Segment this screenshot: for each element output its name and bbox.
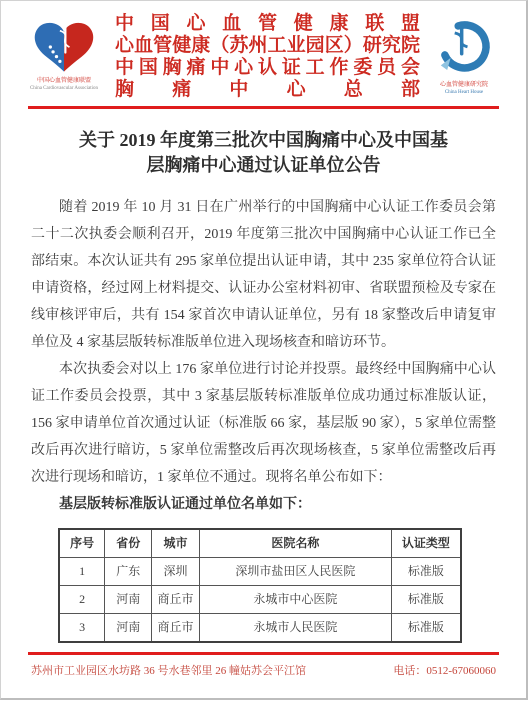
heart-house-caption-cn: 心血管健康研究院	[428, 82, 500, 89]
cell-city: 商丘市	[152, 614, 200, 643]
col-header-cert-type: 认证类型	[391, 529, 461, 558]
letterhead-titles: 中国心血管健康联盟 心血管健康（苏州工业园区）研究院 中国胸痛中心认证工作委员会…	[105, 13, 428, 101]
section-heading: 基层版转标准版认证通过单位名单如下：	[31, 491, 496, 518]
cell-index: 1	[59, 558, 105, 586]
table-header-row: 序号 省份 城市 医院名称 认证类型	[59, 529, 461, 558]
cell-cert-type: 标准版	[391, 558, 461, 586]
table-row: 2 河南 商丘市 永城市中心医院 标准版	[59, 586, 461, 614]
heart-house-caption-en: China Heart House	[428, 89, 500, 96]
col-header-city: 城市	[152, 529, 200, 558]
document-title-line-2: 层胸痛中心通过认证单位公告	[29, 153, 498, 178]
cell-city: 深圳	[152, 558, 200, 586]
table-row: 1 广东 深圳 深圳市盐田区人民医院 标准版	[59, 558, 461, 586]
paragraph-1: 随着 2019 年 10 月 31 日在广州举行的中国胸痛中心认证工作委员会第二…	[31, 194, 496, 356]
document-title: 关于 2019 年度第三批次中国胸痛中心及中国基 层胸痛中心通过认证单位公告	[29, 128, 498, 178]
cell-hospital: 永城市人民医院	[199, 614, 391, 643]
cell-city: 商丘市	[152, 586, 200, 614]
cca-heart-logo: 中国心血管健康联盟 China Cardiovascular Associati…	[23, 13, 105, 92]
col-header-hospital: 医院名称	[199, 529, 391, 558]
letterhead-line-3: 中国胸痛中心认证工作委员会	[115, 57, 420, 79]
cell-cert-type: 标准版	[391, 586, 461, 614]
cell-province: 河南	[105, 614, 152, 643]
cell-province: 河南	[105, 586, 152, 614]
cell-hospital: 永城市中心医院	[199, 586, 391, 614]
footer-phone: 电话：0512-67060060	[393, 662, 496, 678]
col-header-index: 序号	[59, 529, 105, 558]
header-divider-line	[28, 106, 499, 109]
document-page: 中国心血管健康联盟 China Cardiovascular Associati…	[0, 0, 528, 700]
document-footer: 苏州市工业园区水坊路 36 号水巷邻里 26 幢姑苏会平江馆 电话：0512-6…	[1, 652, 526, 678]
footer-divider-line	[28, 652, 499, 655]
cell-hospital: 深圳市盐田区人民医院	[199, 558, 391, 586]
heart-house-icon	[435, 19, 493, 77]
cell-cert-type: 标准版	[391, 614, 461, 643]
cca-logo-caption-cn: 中国心血管健康联盟	[23, 78, 105, 85]
cell-index: 3	[59, 614, 105, 643]
cell-province: 广东	[105, 558, 152, 586]
col-header-province: 省份	[105, 529, 152, 558]
letterhead: 中国心血管健康联盟 China Cardiovascular Associati…	[1, 1, 526, 101]
footer-address: 苏州市工业园区水坊路 36 号水巷邻里 26 幢姑苏会平江馆	[31, 662, 306, 678]
footer-contact-row: 苏州市工业园区水坊路 36 号水巷邻里 26 幢姑苏会平江馆 电话：0512-6…	[31, 662, 496, 678]
cca-logo-caption-en: China Cardiovascular Association	[23, 85, 105, 92]
cell-index: 2	[59, 586, 105, 614]
heart-hands-icon	[28, 17, 100, 73]
letterhead-line-2: 心血管健康（苏州工业园区）研究院	[115, 35, 420, 57]
letterhead-line-4: 胸痛中心总部	[115, 79, 420, 101]
document-title-line-1: 关于 2019 年度第三批次中国胸痛中心及中国基	[29, 128, 498, 153]
certified-units-table: 序号 省份 城市 医院名称 认证类型 1 广东 深圳 深圳市盐田区人民医院 标准…	[58, 528, 462, 643]
paragraph-2: 本次执委会对以上 176 家单位进行讨论并投票。最终经中国胸痛中心认证工作委员会…	[31, 356, 496, 491]
table-row: 3 河南 商丘市 永城市人民医院 标准版	[59, 614, 461, 643]
document-body: 随着 2019 年 10 月 31 日在广州举行的中国胸痛中心认证工作委员会第二…	[31, 194, 496, 643]
heart-house-logo: 心血管健康研究院 China Heart House	[428, 13, 500, 96]
letterhead-line-1: 中国心血管健康联盟	[115, 13, 420, 35]
